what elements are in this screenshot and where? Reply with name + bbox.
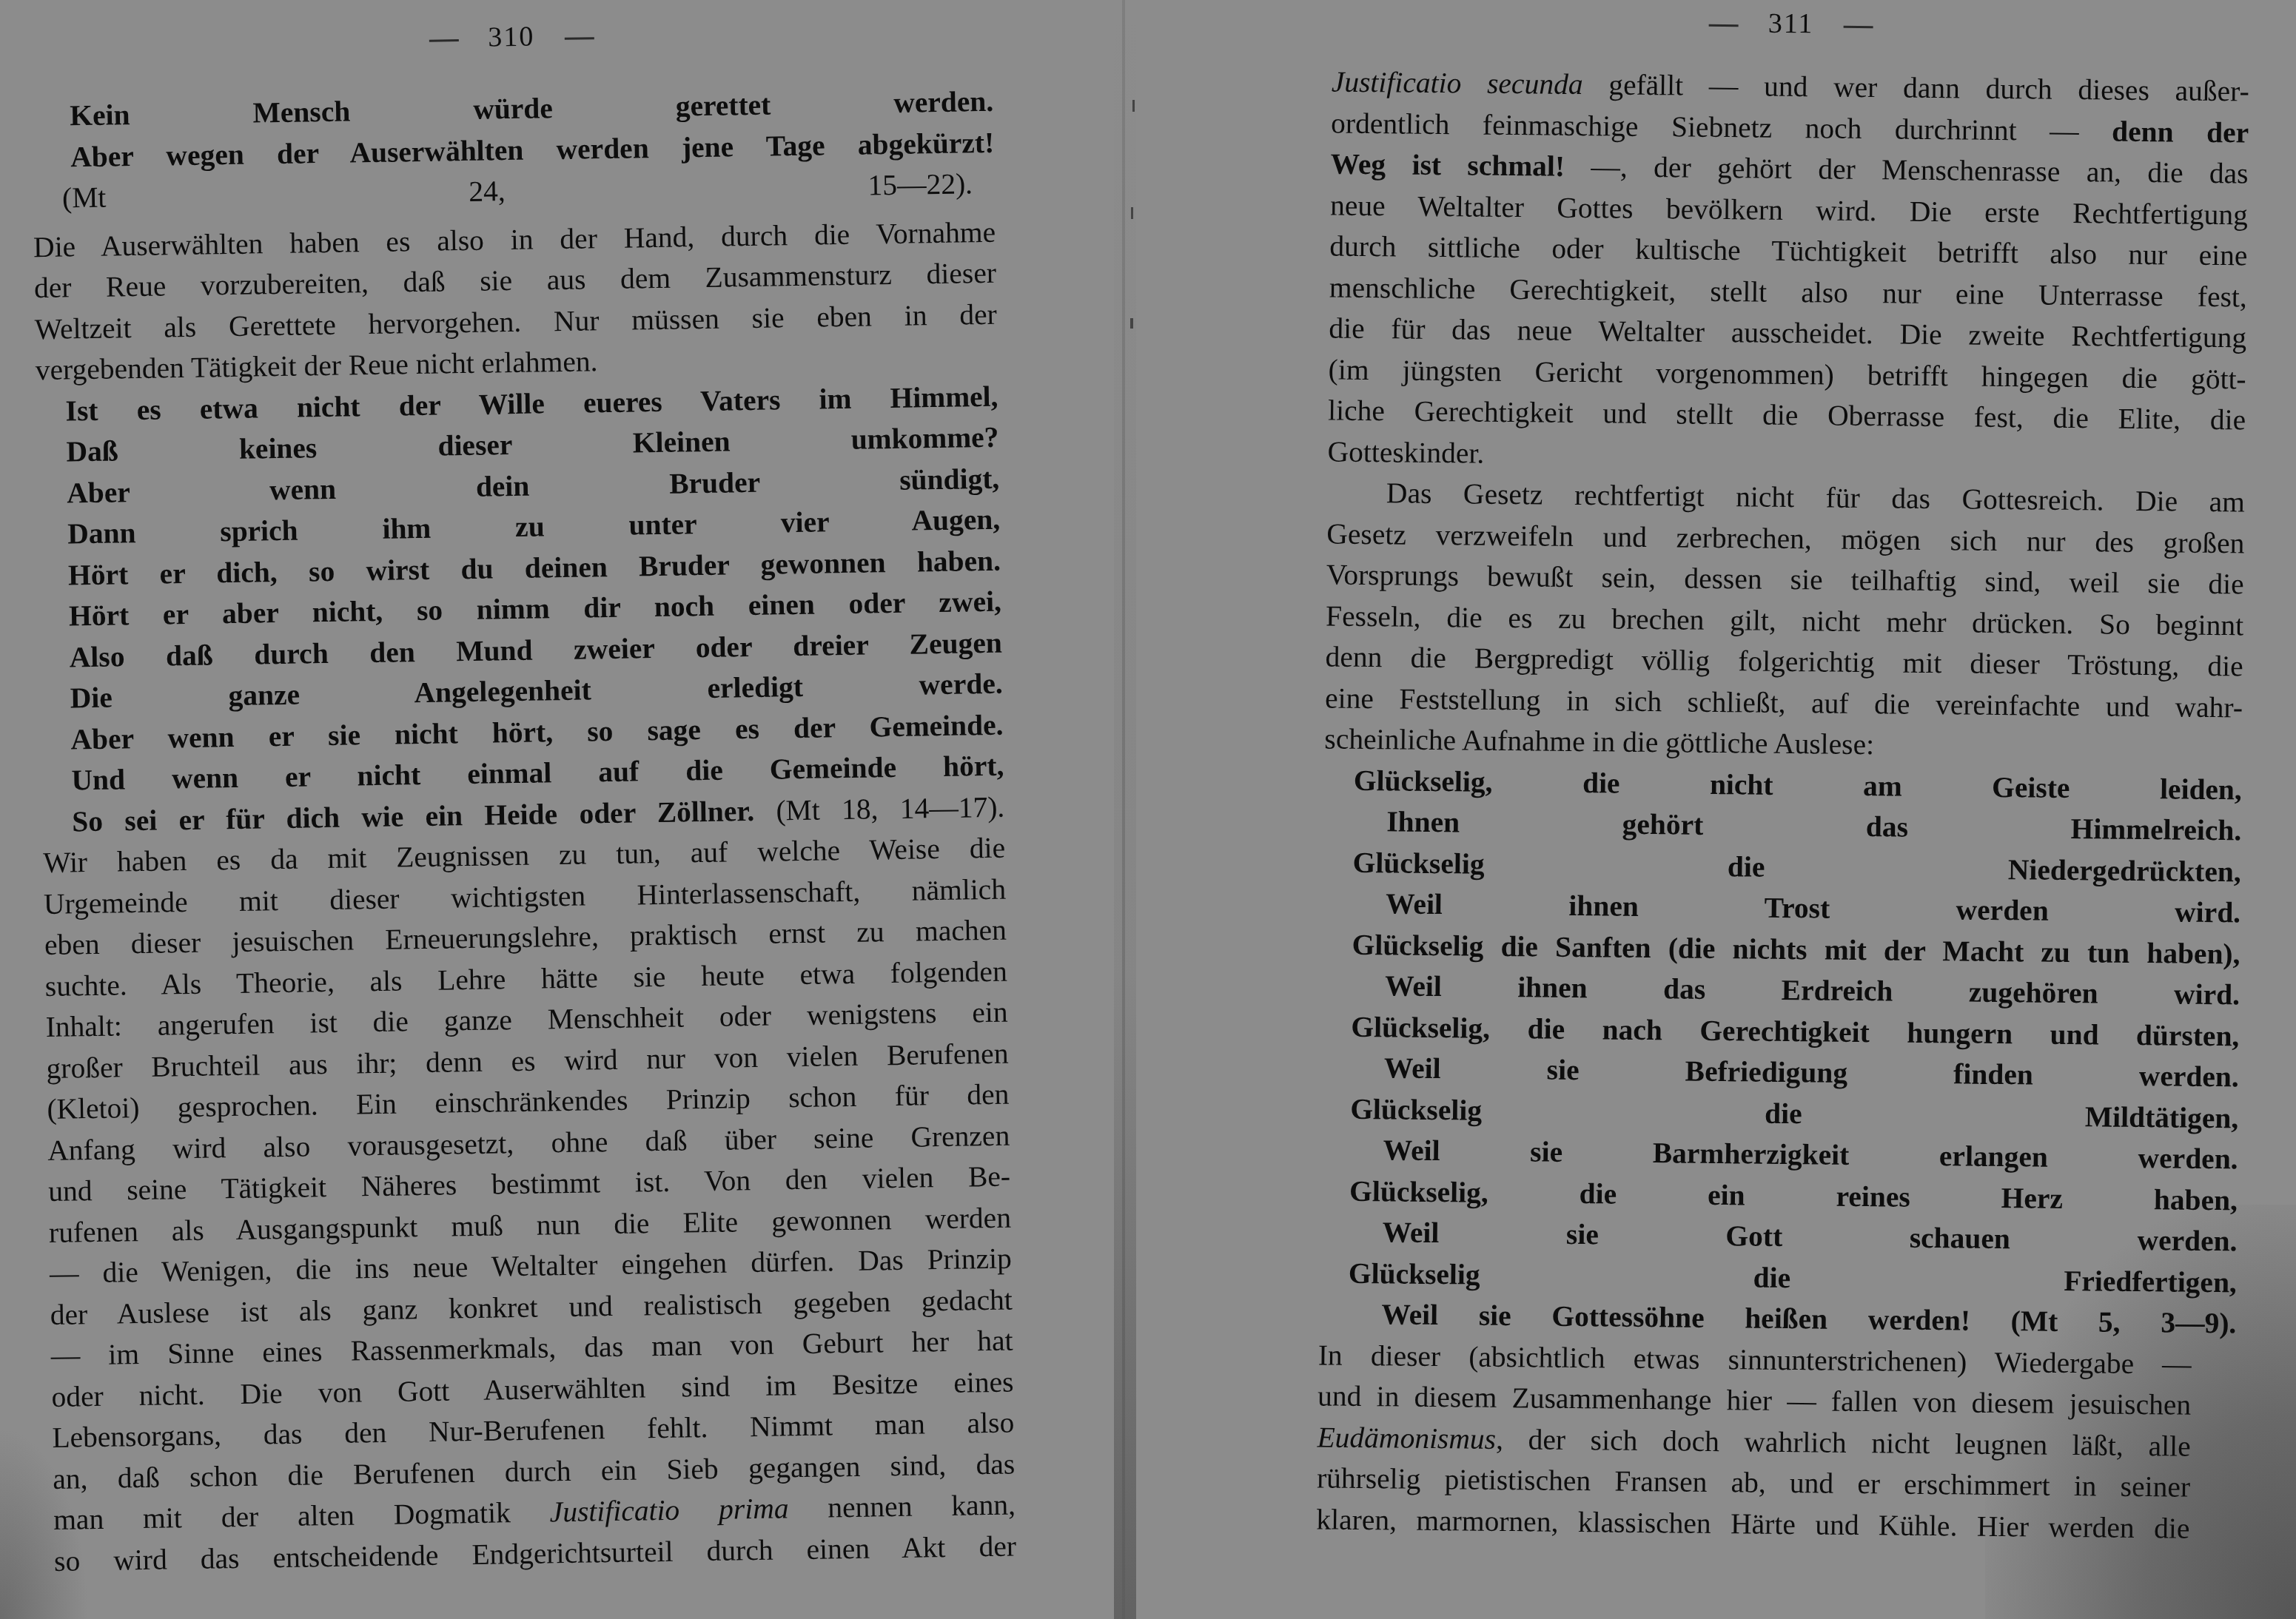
italic-term: Justificatio secunda — [1332, 66, 1583, 101]
right-page: 311 Justificatio secunda gefällt — und w… — [1332, 0, 2250, 4]
verse-block-1: Kein Mensch würde gerettet werden. Aber … — [31, 81, 995, 220]
text-span: —, der gehört der Menschenrasse an, die … — [1565, 150, 2249, 190]
page-number-right: 311 — [1332, 3, 2249, 45]
page-number-value: 310 — [488, 21, 535, 53]
book-spread: 310 Kein Mensch würde gerettet werden. A… — [0, 0, 2296, 1619]
scripture-reference: (Mt 18, 14—17). — [776, 790, 1004, 827]
text-span: gefällt — und wer dann durch dieses auße… — [1582, 68, 2249, 107]
bold-phrase: Weg ist schmal! — [1330, 147, 1565, 182]
paragraph-2: Das Gesetz rechtfertigt nicht für das Go… — [1324, 472, 2245, 769]
text-span: man mit der alten Dogmatik — [53, 1495, 550, 1536]
paragraph-2: Wir haben es da mit Zeugnissen zu tun, a… — [43, 828, 1017, 1582]
folio-dash — [429, 39, 458, 42]
folio-dash — [1843, 26, 1873, 28]
left-page: 310 Kein Mensch würde gerettet werden. A… — [30, 0, 992, 7]
book-gutter-shadow — [1114, 0, 1136, 1619]
text-line: klaren, marmornen, klassischen Härte und… — [1316, 1499, 2190, 1549]
book-gutter-fold — [1122, 0, 1125, 1619]
paragraph-1: Die Auserwählten haben es also in der Ha… — [33, 212, 998, 391]
folio-dash — [1709, 24, 1739, 27]
page-number-left: 310 — [30, 13, 993, 61]
text-span: , der sich doch wahrlich nicht leugnen l… — [1496, 1422, 2191, 1462]
right-page-text: Justificatio secunda gefällt — und wer d… — [1316, 62, 2249, 1550]
left-page-text: Kein Mensch würde gerettet werden. Aber … — [31, 81, 1016, 1582]
italic-term: Eudämonismus — [1317, 1421, 1496, 1455]
paragraph-3: In dieser (absichtlich etwas sinnunterst… — [1316, 1335, 2192, 1549]
scan-artifact-mark — [1131, 207, 1133, 219]
scan-artifact-mark — [1130, 318, 1133, 329]
scan-artifact-mark — [1132, 100, 1135, 112]
verse-text: So sei er für dich wie ein Heide oder Zö… — [72, 794, 754, 837]
text-span: nennen kann, — [788, 1489, 1016, 1525]
verse-block-2: Ist es etwa nicht der Wille eueres Vater… — [36, 376, 1004, 843]
bold-phrase: denn der — [2112, 115, 2249, 149]
paragraph-1: Justificatio secunda gefällt — und wer d… — [1327, 62, 2249, 482]
beatitudes-verse-block: Glückselig, die nicht am Geiste leiden, … — [1318, 760, 2242, 1344]
italic-term: Justificatio prima — [549, 1492, 788, 1528]
folio-dash — [564, 37, 594, 40]
page-number-value: 311 — [1768, 8, 1814, 40]
text-span: ordentlich feinmaschige Siebnetz noch du… — [1331, 107, 2112, 147]
